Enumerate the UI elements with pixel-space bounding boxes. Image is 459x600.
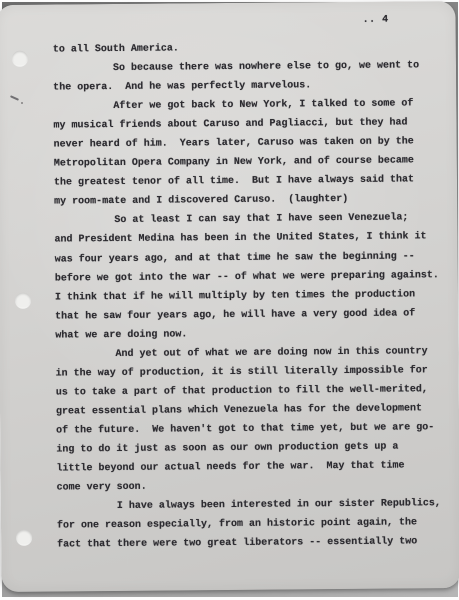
text-line: the greatest tenor of all time. But I ha… (54, 170, 446, 192)
punch-hole-middle (15, 293, 31, 309)
text-line: So because there was nowhere else to go,… (53, 56, 445, 78)
text-line: fact that there were two great liberator… (57, 532, 449, 554)
page-number: .. 4 (363, 11, 389, 30)
punch-hole-top (12, 51, 28, 67)
text-line: little beyond our actual needs for the w… (56, 456, 448, 478)
photo-frame: .. 4 to all South America. So because th… (0, 0, 459, 600)
typed-text-body: to all South America. So because there w… (53, 37, 449, 555)
document-page: .. 4 to all South America. So because th… (0, 1, 459, 592)
text-line: that he saw four years ago, he will have… (55, 304, 447, 326)
punch-hole-bottom (16, 530, 32, 546)
edge-smudge-dot (21, 102, 23, 104)
